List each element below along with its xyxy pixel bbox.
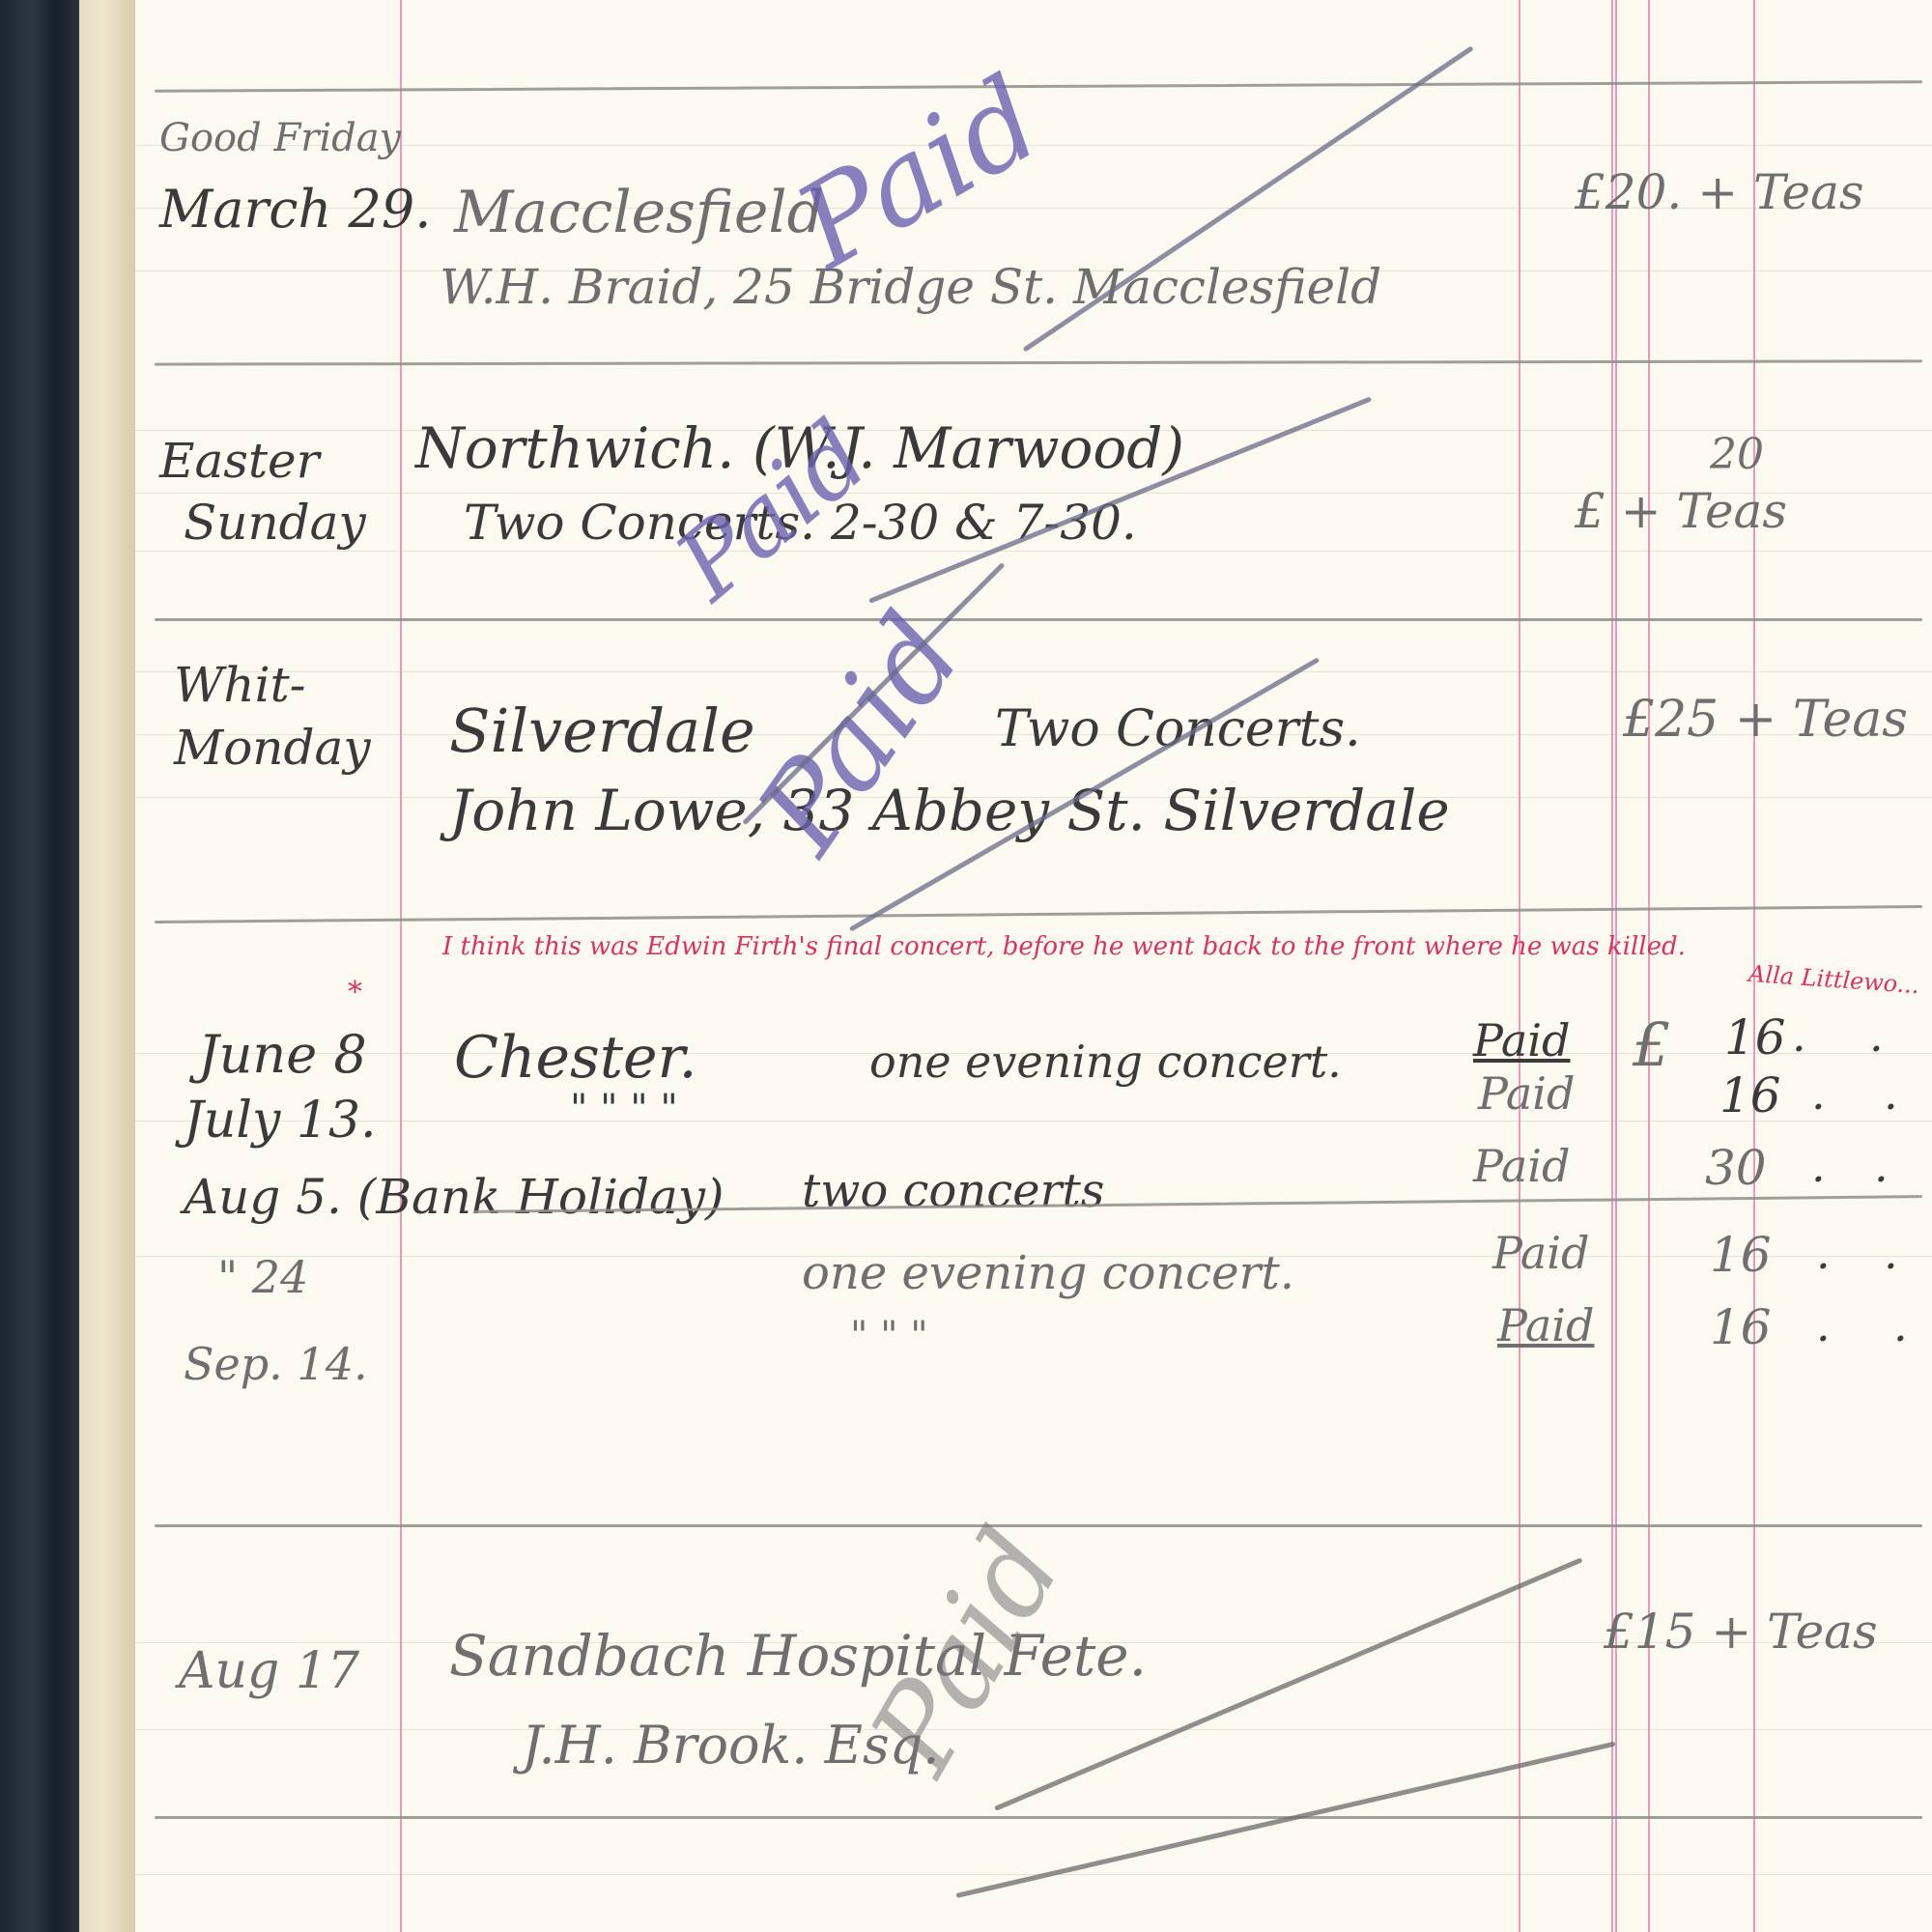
date-note: Easter (159, 433, 320, 489)
row-status: Paid (1497, 1299, 1594, 1351)
entry-date: Sunday (184, 495, 366, 551)
row-description: one evening concert. (869, 1036, 1342, 1088)
row-date: Sep. 14. (184, 1338, 368, 1390)
row-description: one evening concert. (802, 1246, 1294, 1300)
row-pence: . (1884, 1067, 1898, 1120)
pounds-rule (1519, 0, 1520, 1932)
entry-divider (155, 1524, 1922, 1527)
entry-divider (155, 1816, 1922, 1819)
row-amount: 16 (1724, 1009, 1786, 1065)
venue: Macclesfield (454, 179, 824, 246)
row-pence: . (1869, 1009, 1884, 1062)
page-edges (79, 0, 135, 1932)
row-shillings: . (1811, 1067, 1826, 1120)
detail: Two Concerts. (995, 700, 1361, 758)
date-note: Whit- (174, 657, 306, 713)
row-date: Aug 5. (Bank Holiday) (184, 1169, 724, 1225)
fee-amount: 20 (1710, 430, 1764, 479)
row-shillings: . (1816, 1227, 1831, 1279)
entry-date: March 29. (159, 179, 431, 240)
row-amount: 16 (1719, 1067, 1781, 1123)
row-pence: . (1893, 1299, 1908, 1351)
venue: Silverdale (449, 696, 755, 766)
row-shillings: . (1792, 1009, 1806, 1062)
asterisk-marker: * (348, 976, 362, 1009)
row-status: Paid (1478, 1067, 1575, 1120)
fee: £15 + Teas (1604, 1604, 1878, 1660)
row-date: July 13. (184, 1092, 377, 1150)
row-date: " 24 (217, 1251, 308, 1303)
fee: £ + Teas (1575, 483, 1787, 539)
row-amount: 16 (1710, 1299, 1772, 1355)
venue: Chester. (454, 1024, 697, 1092)
row-shillings: . (1816, 1299, 1831, 1351)
entry-date: Aug 17 (179, 1642, 359, 1700)
row-description: two concerts (802, 1164, 1104, 1218)
row-description: " " " " (570, 1087, 678, 1131)
row-pence: . (1884, 1227, 1898, 1279)
fee: £25 + Teas (1623, 691, 1908, 749)
row-status: Paid (1492, 1227, 1589, 1279)
fee: £20. + Teas (1575, 164, 1864, 220)
book-binding (0, 0, 79, 1932)
row-status: Paid (1473, 1140, 1570, 1192)
row-status: Paid (1473, 1014, 1570, 1066)
row-description: " " " (850, 1314, 928, 1358)
contact: W.H. Braid, 25 Bridge St. Macclesfield (440, 259, 1381, 315)
row-pence: . (1874, 1140, 1889, 1192)
date-note: Good Friday (159, 116, 401, 160)
row-date: June 8 (198, 1024, 367, 1085)
row-amount: 30 (1705, 1140, 1767, 1196)
contact: John Lowe, 33 Abbey St. Silverdale (449, 778, 1450, 843)
entry-divider (155, 618, 1922, 621)
entry-date: Monday (174, 720, 371, 776)
row-amount: 16 (1710, 1227, 1772, 1283)
currency-symbol: £ (1633, 1009, 1670, 1080)
row-shillings: . (1811, 1140, 1826, 1192)
red-annotation: I think this was Edwin Firth's final con… (442, 932, 1686, 961)
margin-rule (400, 0, 402, 1932)
